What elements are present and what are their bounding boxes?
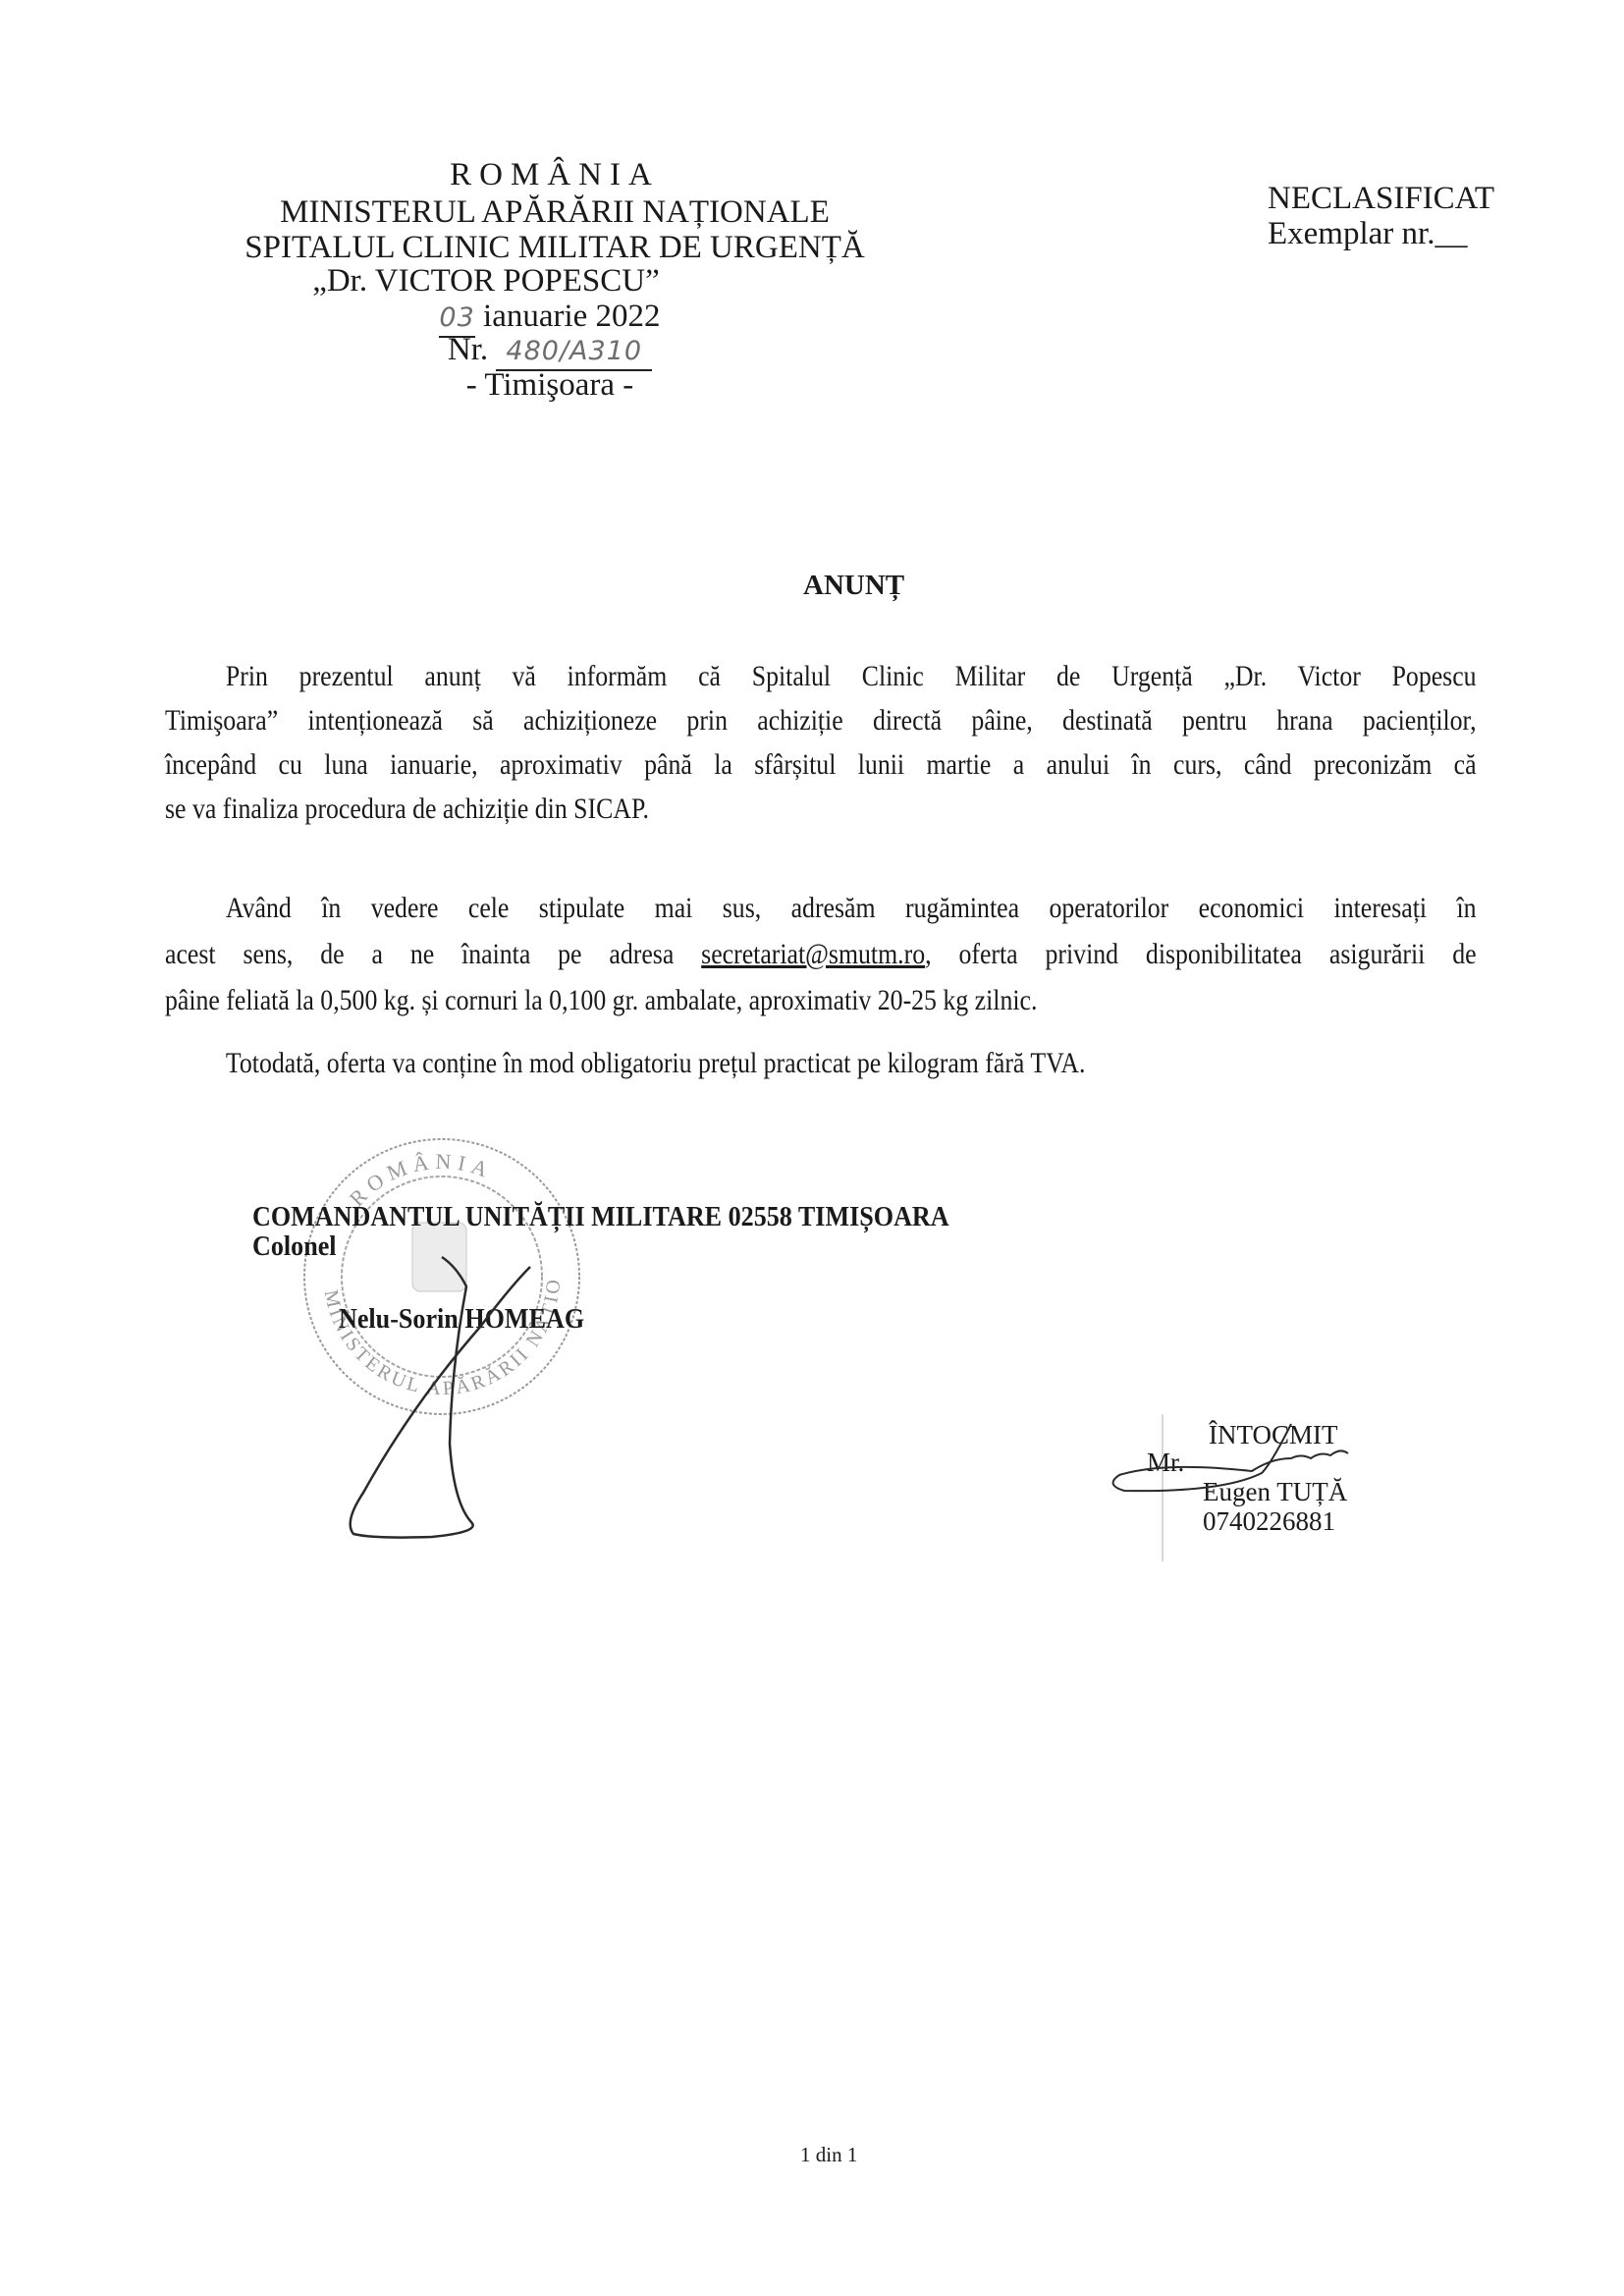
number-handwritten: 480/A310 [496, 334, 652, 371]
paragraph-2: Având în vedere cele stipulate mai sus, … [165, 894, 1477, 1032]
page-number: 1 din 1 [800, 2143, 857, 2167]
number-label: Nr. [448, 332, 488, 367]
letterhead-city: - Timişoara - [0, 367, 1105, 403]
date-month-year: ianuarie 2022 [483, 299, 661, 334]
paragraph-2-text: acest sens, de a ne înainta pe adresa [165, 938, 701, 970]
paragraph-1: Prin prezentul anunț vă informăm că Spit… [165, 662, 1477, 839]
commander-signature-icon [334, 1247, 589, 1552]
paragraph-1-line: Timişoara” intenționează să achiziționez… [165, 706, 1477, 750]
email-link[interactable]: secretariat@smutm.ro [701, 938, 925, 970]
paragraph-3-line: Totodată, oferta va conține în mod oblig… [165, 1049, 1477, 1092]
letterhead-number: Nr. 480/A310 [0, 332, 1105, 371]
paragraph-3: Totodată, oferta va conține în mod oblig… [165, 1049, 1477, 1092]
paragraph-2-line: acest sens, de a ne înainta pe adresa se… [165, 940, 1477, 986]
document-title: ANUNȚ [803, 570, 904, 602]
copy-number-label: Exemplar nr. [1268, 216, 1435, 251]
letterhead-institution: SPITALUL CLINIC MILITAR DE URGENȚĂ [0, 230, 1110, 265]
classification-label: NECLASIFICAT [1268, 183, 1494, 215]
copy-number: Exemplar nr.__ [1268, 218, 1467, 250]
letterhead-institution-name: „Dr. VICTOR POPESCU” [0, 263, 1041, 299]
paragraph-1-line: se va finaliza procedura de achiziție di… [165, 794, 1477, 839]
drafted-phone: 0740226881 [1203, 1506, 1335, 1537]
signatory-position: COMANDANTUL UNITĂȚII MILITARE 02558 TIMI… [252, 1201, 949, 1233]
drafter-signature-icon [1105, 1414, 1360, 1503]
signatory-rank: Colonel [252, 1230, 337, 1263]
letterhead-ministry: MINISTERUL APĂRĂRII NAȚIONALE [0, 194, 1110, 230]
letterhead: ROMÂNIA MINISTERUL APĂRĂRII NAȚIONALE SP… [0, 157, 1110, 412]
paragraph-2-line: Având în vedere cele stipulate mai sus, … [165, 894, 1477, 940]
letterhead-country: ROMÂNIA [0, 157, 1110, 192]
paragraph-2-line: pâine feliată la 0,500 kg. și cornuri la… [165, 986, 1477, 1032]
copy-number-blank: __ [1435, 216, 1467, 251]
paragraph-2-text: , oferta privind disponibilitatea asigur… [925, 938, 1476, 970]
paragraph-1-line: începând cu luna ianuarie, aproximativ p… [165, 750, 1477, 794]
paragraph-1-line: Prin prezentul anunț vă informăm că Spit… [165, 662, 1477, 706]
